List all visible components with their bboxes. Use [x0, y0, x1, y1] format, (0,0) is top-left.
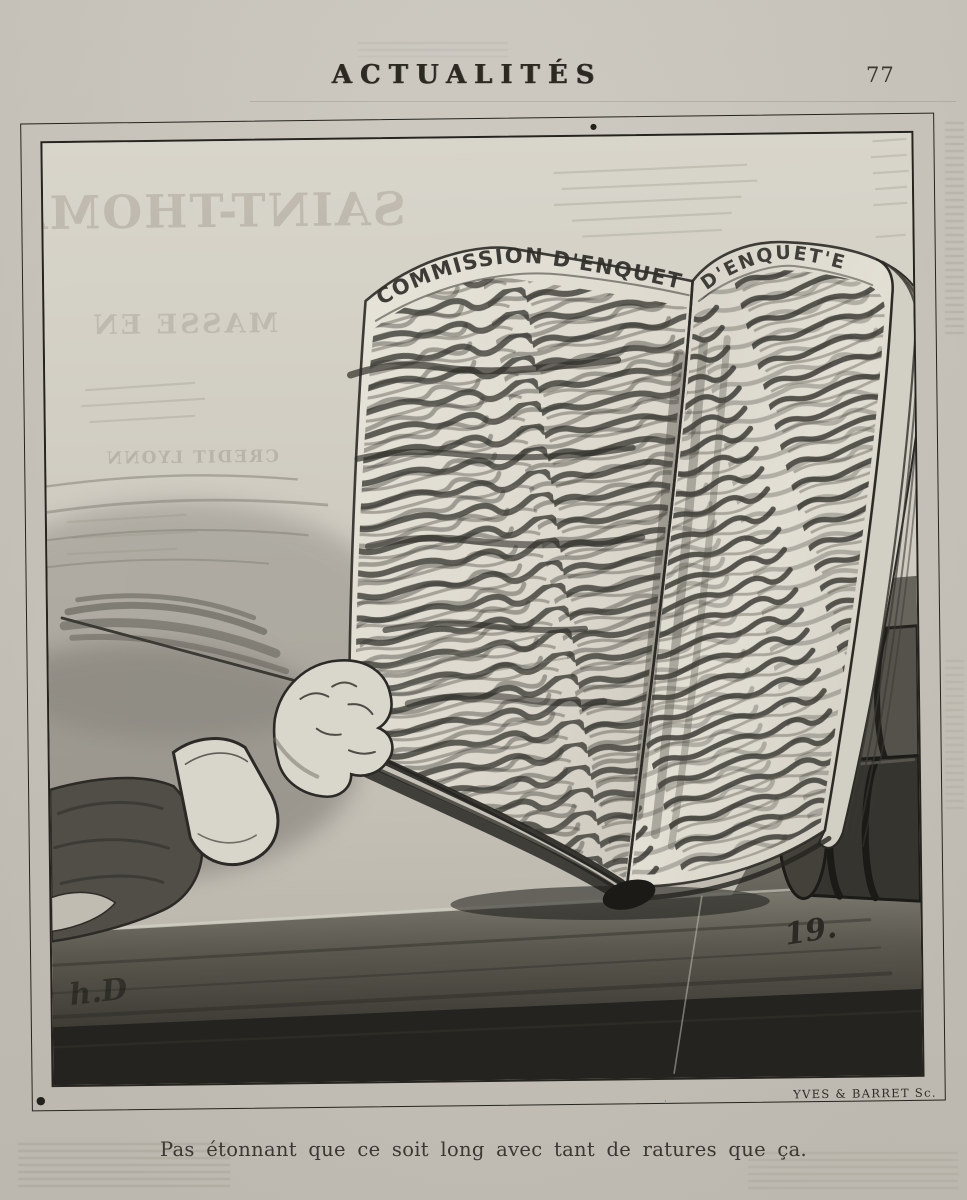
- engraver-credit: YVES & BARRET Sc.: [793, 1086, 937, 1102]
- page-title: ACTUALITÉS: [0, 60, 934, 90]
- bleedthrough-text-block: [945, 122, 964, 337]
- lithograph-drawing: SAINT-THOMA MASSE EN CREDIT LYONN: [42, 133, 922, 1085]
- newspaper-page: ACTUALITÉS 77 ● ● ·: [0, 0, 967, 1200]
- bleedthrough-text-block: [358, 42, 508, 57]
- svg-text:MASSE EN: MASSE EN: [90, 308, 278, 341]
- artist-monogram: h.D: [67, 972, 129, 1014]
- page-number: 77: [866, 63, 895, 87]
- caption: Pas étonnant que ce soit long avec tant …: [0, 1138, 967, 1161]
- svg-text:CREDIT LYONN: CREDIT LYONN: [105, 446, 280, 468]
- header-rule: [250, 101, 956, 102]
- bleedthrough-text-block: [945, 660, 964, 810]
- svg-text:SAINT-THOMA: SAINT-THOMA: [42, 182, 406, 241]
- print-inner-frame: SAINT-THOMA MASSE EN CREDIT LYONN: [40, 131, 924, 1087]
- print-outer-frame: SAINT-THOMA MASSE EN CREDIT LYONN: [20, 113, 946, 1112]
